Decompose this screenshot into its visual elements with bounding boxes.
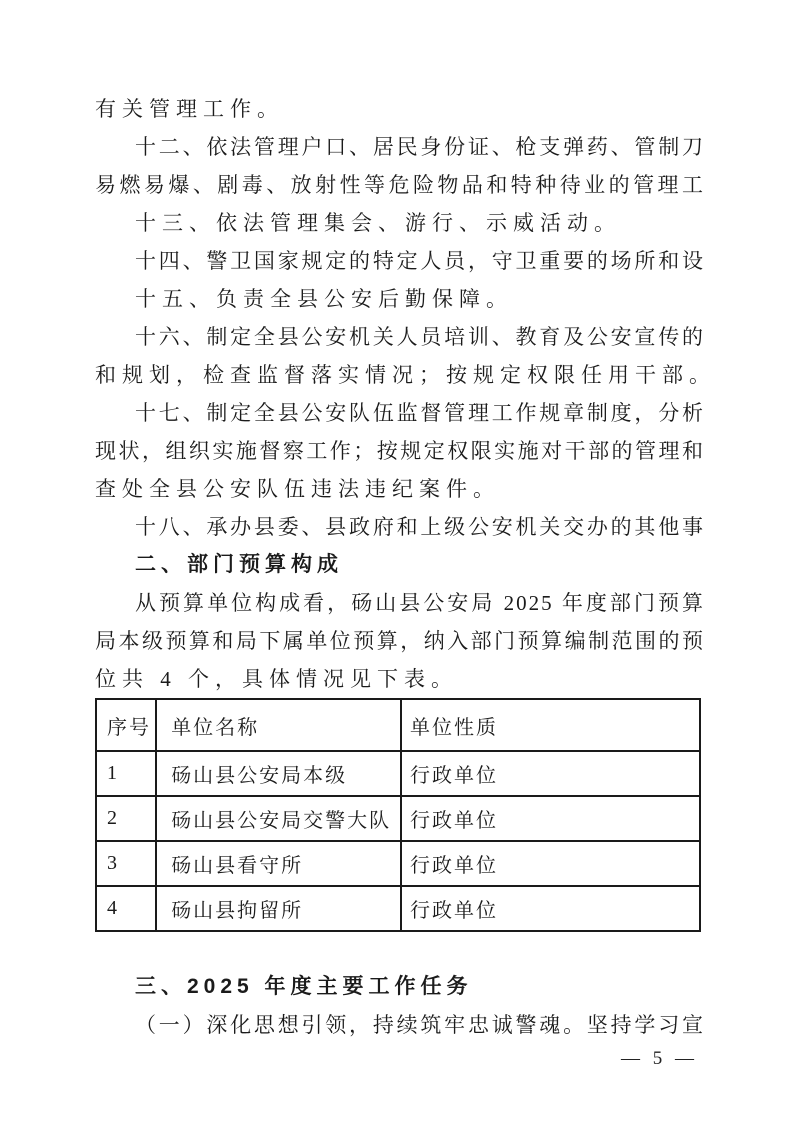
body-line: 十二、依法管理户口、居民身份证、枪支弹药、管制刀具和 <box>95 128 705 166</box>
table-row: 4 砀山县拘留所 行政单位 <box>96 886 700 931</box>
cell-unit-name: 砀山县看守所 <box>156 841 401 886</box>
cell-unit-type: 行政单位 <box>401 886 700 931</box>
cell-unit-type: 行政单位 <box>401 751 700 796</box>
body-line: 十四、警卫国家规定的特定人员，守卫重要的场所和设施。 <box>95 242 705 280</box>
body-line: 局本级预算和局下属单位预算，纳入部门预算编制范围的预算单 <box>95 622 705 660</box>
table-header-serial: 序号 <box>96 699 156 751</box>
cell-serial: 2 <box>96 796 156 841</box>
body-line: 十五、负责全县公安后勤保障。 <box>95 280 705 318</box>
body-line: 查处全县公安队伍违法违纪案件。 <box>95 470 705 508</box>
body-line: 有关管理工作。 <box>95 90 705 128</box>
cell-unit-name: 砀山县公安局交警大队 <box>156 796 401 841</box>
body-line: 十八、承办县委、县政府和上级公安机关交办的其他事项。 <box>95 508 705 546</box>
body-line: 现状，组织实施督察工作；按规定权限实施对干部的管理和监督； <box>95 432 705 470</box>
body-line: 十六、制定全县公安机关人员培训、教育及公安宣传的方针 <box>95 318 705 356</box>
budget-units-table: 序号 单位名称 单位性质 1 砀山县公安局本级 行政单位 2 砀山县公安局交警大… <box>95 698 701 932</box>
cell-unit-name: 砀山县拘留所 <box>156 886 401 931</box>
table-header-unit-name: 单位名称 <box>156 699 401 751</box>
section-heading-budget: 二、部门预算构成 <box>95 546 705 584</box>
cell-serial: 1 <box>96 751 156 796</box>
cell-unit-name: 砀山县公安局本级 <box>156 751 401 796</box>
document-page: 有关管理工作。 十二、依法管理户口、居民身份证、枪支弹药、管制刀具和 易燃易爆、… <box>0 0 793 1122</box>
body-line: （一）深化思想引领，持续筑牢忠诚警魂。坚持学习宣传贯 <box>95 1006 705 1044</box>
table-header-unit-type: 单位性质 <box>401 699 700 751</box>
page-number: — 5 — <box>621 1048 698 1070</box>
section-heading-tasks: 三、2025 年度主要工作任务 <box>95 968 705 1006</box>
cell-unit-type: 行政单位 <box>401 841 700 886</box>
body-line: 和规划，检查监督落实情况；按规定权限任用干部。 <box>95 356 705 394</box>
cell-unit-type: 行政单位 <box>401 796 700 841</box>
table-header-row: 序号 单位名称 单位性质 <box>96 699 700 751</box>
table-row: 2 砀山县公安局交警大队 行政单位 <box>96 796 700 841</box>
document-content: 有关管理工作。 十二、依法管理户口、居民身份证、枪支弹药、管制刀具和 易燃易爆、… <box>95 90 705 1044</box>
body-line: 十七、制定全县公安队伍监督管理工作规章制度，分析队伍 <box>95 394 705 432</box>
body-line: 易燃易爆、剧毒、放射性等危险物品和特种待业的管理工作。 <box>95 166 705 204</box>
body-line: 位共 4 个，具体情况见下表。 <box>95 660 705 698</box>
cell-serial: 4 <box>96 886 156 931</box>
table-row: 1 砀山县公安局本级 行政单位 <box>96 751 700 796</box>
table-row: 3 砀山县看守所 行政单位 <box>96 841 700 886</box>
body-line: 十三、依法管理集会、游行、示威活动。 <box>95 204 705 242</box>
cell-serial: 3 <box>96 841 156 886</box>
body-line: 从预算单位构成看，砀山县公安局 2025 年度部门预算包括 <box>95 584 705 622</box>
tasks-section: 三、2025 年度主要工作任务 （一）深化思想引领，持续筑牢忠诚警魂。坚持学习宣… <box>95 968 705 1044</box>
